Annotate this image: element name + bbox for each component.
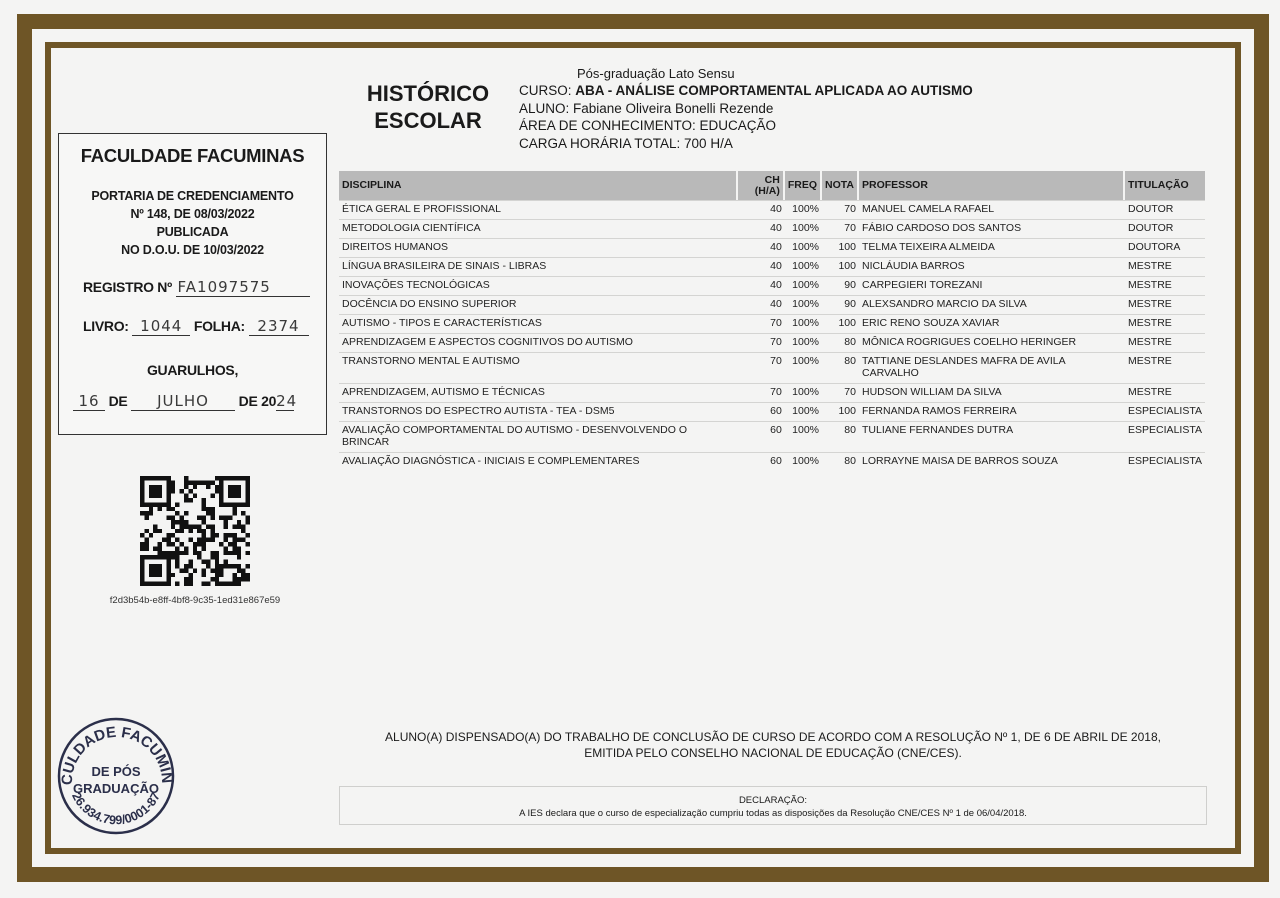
cell-professor: ALEXSANDRO MARCIO DA SILVA <box>859 295 1125 314</box>
portaria-line: NO D.O.U. DE 10/03/2022 <box>59 241 326 259</box>
cell-freq: 100% <box>785 383 822 402</box>
issue-date: 16 DE JULHO DE 2024 <box>73 392 294 411</box>
header-ch: CH(H/A) <box>738 171 785 200</box>
table-row: AUTISMO - TIPOS E CARACTERÍSTICAS70100%1… <box>339 314 1205 333</box>
cell-freq: 100% <box>785 257 822 276</box>
date-month: JULHO <box>131 392 235 411</box>
cell-professor: TULIANE FERNANDES DUTRA <box>859 421 1125 452</box>
cell-disciplina: INOVAÇÕES TECNOLÓGICAS <box>339 276 738 295</box>
cell-professor: TELMA TEIXEIRA ALMEIDA <box>859 238 1125 257</box>
table-row: APRENDIZAGEM E ASPECTOS COGNITIVOS DO AU… <box>339 333 1205 352</box>
cell-disciplina: TRANSTORNOS DO ESPECTRO AUTISTA - TEA - … <box>339 402 738 421</box>
course-modality: Pós-graduação Lato Sensu <box>577 66 735 81</box>
livro-label: LIVRO: <box>83 318 129 334</box>
cell-professor: CARPEGIERI TOREZANI <box>859 276 1125 295</box>
cell-titulacao: DOUTOR <box>1125 200 1205 219</box>
cell-freq: 100% <box>785 238 822 257</box>
cell-titulacao: ESPECIALISTA <box>1125 452 1205 471</box>
exemption-line: ALUNO(A) DISPENSADO(A) DO TRABALHO DE CO… <box>340 729 1206 745</box>
table-row: TRANSTORNO MENTAL E AUTISMO70100%80TATTI… <box>339 352 1205 383</box>
declaration-title: DECLARAÇÃO: <box>340 794 1206 807</box>
cell-nota: 90 <box>822 276 859 295</box>
header-ch-line2: (H/A) <box>741 186 780 197</box>
cell-titulacao: MESTRE <box>1125 314 1205 333</box>
table-row: AVALIAÇÃO DIAGNÓSTICA - INICIAIS E COMPL… <box>339 452 1205 471</box>
table-header-row: DISCIPLINA CH(H/A) FREQ NOTA PROFESSOR T… <box>339 171 1205 200</box>
grades-table: DISCIPLINA CH(H/A) FREQ NOTA PROFESSOR T… <box>339 171 1205 471</box>
cell-professor: LORRAYNE MAISA DE BARROS SOUZA <box>859 452 1125 471</box>
cell-ch: 40 <box>738 276 785 295</box>
institution-name: FACULDADE FACUMINAS <box>59 145 326 167</box>
cell-nota: 80 <box>822 352 859 383</box>
course-line: CURSO: ABA - ANÁLISE COMPORTAMENTAL APLI… <box>519 82 973 100</box>
cell-nota: 100 <box>822 257 859 276</box>
cell-disciplina: APRENDIZAGEM E ASPECTOS COGNITIVOS DO AU… <box>339 333 738 352</box>
cell-professor: MANUEL CAMELA RAFAEL <box>859 200 1125 219</box>
cell-freq: 100% <box>785 219 822 238</box>
date-year-prefix: DE 20 <box>239 393 276 409</box>
svg-text:DE PÓS: DE PÓS <box>91 764 140 779</box>
cell-professor: MÔNICA ROGRIGUES COELHO HERINGER <box>859 333 1125 352</box>
cell-disciplina: DIREITOS HUMANOS <box>339 238 738 257</box>
cell-nota: 100 <box>822 314 859 333</box>
cell-nota: 80 <box>822 421 859 452</box>
student-name: ALUNO: Fabiane Oliveira Bonelli Rezende <box>519 100 973 118</box>
date-day: 16 <box>73 392 105 411</box>
cell-nota: 70 <box>822 219 859 238</box>
portaria-line: Nº 148, DE 08/03/2022 <box>59 205 326 223</box>
course-name: ABA - ANÁLISE COMPORTAMENTAL APLICADA AO… <box>575 83 972 98</box>
date-year-suffix: 24 <box>276 392 294 411</box>
title-line: HISTÓRICO <box>362 80 494 107</box>
cell-disciplina: ÉTICA GERAL E PROFISSIONAL <box>339 200 738 219</box>
livro-folha-field: LIVRO: 1044 FOLHA: 2374 <box>83 317 309 336</box>
tcc-exemption-notice: ALUNO(A) DISPENSADO(A) DO TRABALHO DE CO… <box>340 729 1206 761</box>
table-row: LÍNGUA BRASILEIRA DE SINAIS - LIBRAS4010… <box>339 257 1205 276</box>
cell-professor: ERIC RENO SOUZA XAVIAR <box>859 314 1125 333</box>
cell-titulacao: MESTRE <box>1125 383 1205 402</box>
cell-titulacao: MESTRE <box>1125 352 1205 383</box>
date-de-label: DE <box>109 393 128 409</box>
cell-disciplina: AVALIAÇÃO DIAGNÓSTICA - INICIAIS E COMPL… <box>339 452 738 471</box>
cell-freq: 100% <box>785 352 822 383</box>
cell-titulacao: ESPECIALISTA <box>1125 402 1205 421</box>
cell-professor: HUDSON WILLIAM DA SILVA <box>859 383 1125 402</box>
cell-nota: 90 <box>822 295 859 314</box>
cell-ch: 40 <box>738 295 785 314</box>
cell-titulacao: MESTRE <box>1125 257 1205 276</box>
header-titulacao: TITULAÇÃO <box>1125 171 1205 200</box>
cell-titulacao: DOUTORA <box>1125 238 1205 257</box>
table-row: APRENDIZAGEM, AUTISMO E TÉCNICAS70100%70… <box>339 383 1205 402</box>
cell-titulacao: ESPECIALISTA <box>1125 421 1205 452</box>
cell-ch: 70 <box>738 314 785 333</box>
cell-professor: FÁBIO CARDOSO DOS SANTOS <box>859 219 1125 238</box>
cell-ch: 70 <box>738 333 785 352</box>
cell-freq: 100% <box>785 452 822 471</box>
folha-label: FOLHA: <box>194 318 245 334</box>
cell-ch: 70 <box>738 383 785 402</box>
cell-ch: 60 <box>738 452 785 471</box>
student-course-info: CURSO: ABA - ANÁLISE COMPORTAMENTAL APLI… <box>519 82 973 152</box>
cell-freq: 100% <box>785 295 822 314</box>
table-row: TRANSTORNOS DO ESPECTRO AUTISTA - TEA - … <box>339 402 1205 421</box>
cell-nota: 100 <box>822 402 859 421</box>
declaration-box: DECLARAÇÃO: A IES declara que o curso de… <box>339 786 1207 825</box>
cell-nota: 70 <box>822 383 859 402</box>
header-disciplina: DISCIPLINA <box>339 171 738 200</box>
cell-freq: 100% <box>785 402 822 421</box>
table-row: DIREITOS HUMANOS40100%100TELMA TEIXEIRA … <box>339 238 1205 257</box>
knowledge-area: ÁREA DE CONHECIMENTO: EDUCAÇÃO <box>519 117 973 135</box>
registro-field: REGISTRO Nº FA1097575 <box>83 278 310 297</box>
cell-titulacao: MESTRE <box>1125 276 1205 295</box>
qr-code-icon <box>140 476 250 586</box>
registro-value: FA1097575 <box>176 278 310 297</box>
header-nota: NOTA <box>822 171 859 200</box>
validation-code: f2d3b54b-e8ff-4bf8-9c35-1ed31e867e59 <box>60 595 330 606</box>
document-title: HISTÓRICO ESCOLAR <box>362 80 494 134</box>
cell-ch: 70 <box>738 352 785 383</box>
cell-professor: NICLÁUDIA BARROS <box>859 257 1125 276</box>
cell-freq: 100% <box>785 314 822 333</box>
total-workload: CARGA HORÁRIA TOTAL: 700 H/A <box>519 135 973 153</box>
cell-ch: 60 <box>738 402 785 421</box>
cell-disciplina: METODOLOGIA CIENTÍFICA <box>339 219 738 238</box>
cell-disciplina: AVALIAÇÃO COMPORTAMENTAL DO AUTISMO - DE… <box>339 421 738 452</box>
portaria-line: PUBLICADA <box>59 223 326 241</box>
cell-disciplina: AUTISMO - TIPOS E CARACTERÍSTICAS <box>339 314 738 333</box>
cell-professor: TATTIANE DESLANDES MAFRA DE AVILA CARVAL… <box>859 352 1125 383</box>
table-row: ÉTICA GERAL E PROFISSIONAL40100%70MANUEL… <box>339 200 1205 219</box>
cell-titulacao: DOUTOR <box>1125 219 1205 238</box>
cell-freq: 100% <box>785 276 822 295</box>
cell-professor: FERNANDA RAMOS FERREIRA <box>859 402 1125 421</box>
table-row: DOCÊNCIA DO ENSINO SUPERIOR40100%90ALEXS… <box>339 295 1205 314</box>
table-row: INOVAÇÕES TECNOLÓGICAS40100%90CARPEGIERI… <box>339 276 1205 295</box>
cell-ch: 40 <box>738 200 785 219</box>
portaria-line: PORTARIA DE CREDENCIAMENTO <box>59 187 326 205</box>
declaration-text: A IES declara que o curso de especializa… <box>340 807 1206 820</box>
institution-credentials-box: FACULDADE FACUMINAS PORTARIA DE CREDENCI… <box>58 133 327 435</box>
cell-titulacao: MESTRE <box>1125 295 1205 314</box>
cell-ch: 60 <box>738 421 785 452</box>
registro-label: REGISTRO Nº <box>83 279 172 295</box>
portaria-credenciamento: PORTARIA DE CREDENCIAMENTO Nº 148, DE 08… <box>59 187 326 259</box>
city-label: GUARULHOS, <box>59 362 326 378</box>
table-row: METODOLOGIA CIENTÍFICA40100%70FÁBIO CARD… <box>339 219 1205 238</box>
cell-disciplina: TRANSTORNO MENTAL E AUTISMO <box>339 352 738 383</box>
cell-nota: 70 <box>822 200 859 219</box>
cell-disciplina: LÍNGUA BRASILEIRA DE SINAIS - LIBRAS <box>339 257 738 276</box>
title-line: ESCOLAR <box>362 107 494 134</box>
header-freq: FREQ <box>785 171 822 200</box>
cell-disciplina: DOCÊNCIA DO ENSINO SUPERIOR <box>339 295 738 314</box>
cell-freq: 100% <box>785 333 822 352</box>
livro-value: 1044 <box>132 317 190 336</box>
header-ch-line1: CH <box>741 175 780 186</box>
table-row: AVALIAÇÃO COMPORTAMENTAL DO AUTISMO - DE… <box>339 421 1205 452</box>
exemption-line: EMITIDA PELO CONSELHO NACIONAL DE EDUCAÇ… <box>340 745 1206 761</box>
cell-ch: 40 <box>738 219 785 238</box>
cell-disciplina: APRENDIZAGEM, AUTISMO E TÉCNICAS <box>339 383 738 402</box>
course-label: CURSO: <box>519 83 572 98</box>
header-professor: PROFESSOR <box>859 171 1125 200</box>
cell-nota: 80 <box>822 452 859 471</box>
cell-titulacao: MESTRE <box>1125 333 1205 352</box>
cell-ch: 40 <box>738 238 785 257</box>
folha-value: 2374 <box>249 317 309 336</box>
cell-nota: 100 <box>822 238 859 257</box>
cell-nota: 80 <box>822 333 859 352</box>
svg-text:GRADUAÇÃO: GRADUAÇÃO <box>73 781 159 796</box>
institution-stamp-icon: FACULDADE FACUMINAS 26.934.799/0001-87 D… <box>55 716 177 836</box>
cell-freq: 100% <box>785 421 822 452</box>
cell-ch: 40 <box>738 257 785 276</box>
cell-freq: 100% <box>785 200 822 219</box>
